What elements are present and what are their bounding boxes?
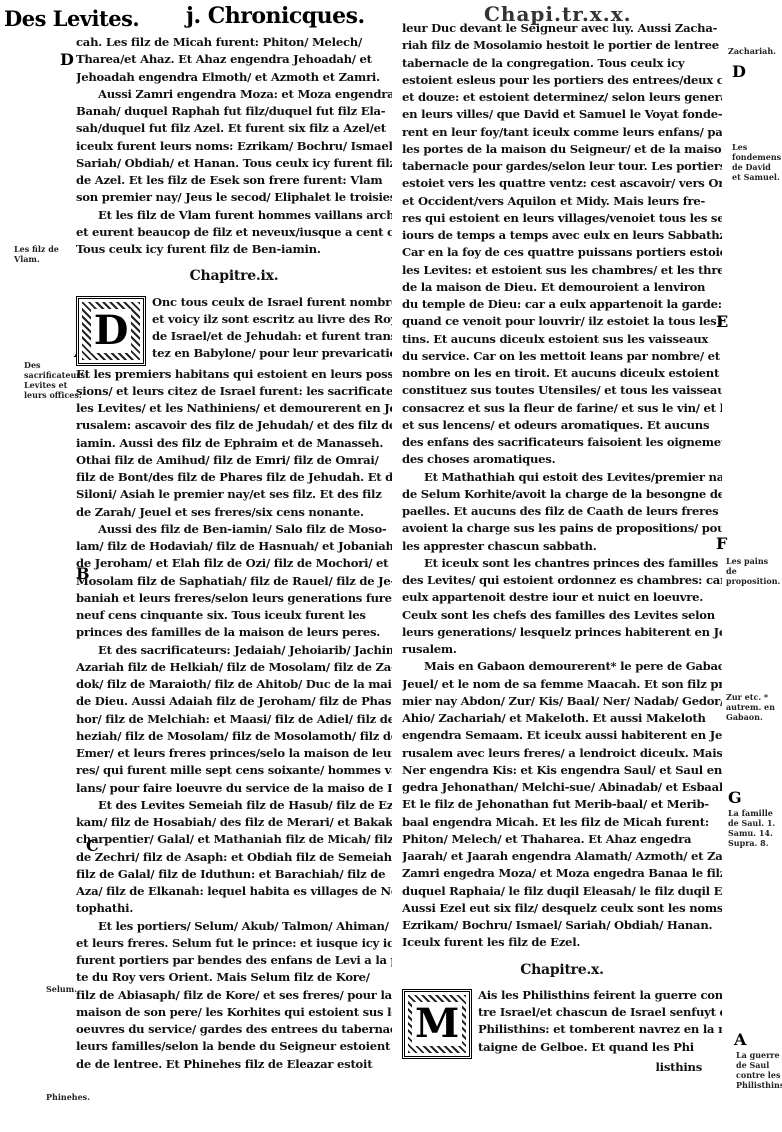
text-line: consacrez et sus la fleur de farine/ et … xyxy=(402,400,722,417)
text-line: Banah/ duquel Raphah fut filz/duquel fut… xyxy=(76,103,392,120)
text-line: des Levites/ qui estoient ordonnez es ch… xyxy=(402,572,722,589)
text-line: des choses aromatiques. xyxy=(402,451,722,468)
text-line: Tous ceulx icy furent filz de Ben-iamin. xyxy=(76,241,392,258)
text-line: baniah et leurs freres/selon leurs gener… xyxy=(76,590,392,607)
text-line: Et iceulx sont les chantres princes des … xyxy=(402,555,722,572)
chapter-opening-block: M Ais les Philisthins feirent la guerre … xyxy=(402,987,722,1059)
text-line: Onc tous ceulx de Israel furent nombrez: xyxy=(152,294,392,311)
text-line: de Azel. Et les filz de Esek son frere f… xyxy=(76,172,392,189)
text-line: les apprester chascun sabbath. xyxy=(402,538,722,555)
text-line: de Jeroham/ et Elah filz de Ozi/ filz de… xyxy=(76,555,392,572)
text-line: hor/ filz de Melchiah: et Maasi/ filz de… xyxy=(76,711,392,728)
text-line: Et des sacrificateurs: Jedaiah/ Jehoiari… xyxy=(76,642,392,659)
text-line: et leurs freres. Selum fut le prince: et… xyxy=(76,935,392,952)
right-text-column: leur Duc devant le Seigneur avec luy. Au… xyxy=(402,20,722,1076)
text-line: Azariah filz de Helkiah/ filz de Mosolam… xyxy=(76,659,392,676)
text-line: Et le filz de Jehonathan fut Merib-baal/… xyxy=(402,796,722,813)
text-line: les Levites: et estoient sus les chambre… xyxy=(402,262,722,279)
text-line: te du Roy vers Orient. Mais Selum filz d… xyxy=(76,969,392,986)
text-line: dok/ filz de Maraioth/ filz de Ahitob/ D… xyxy=(76,676,392,693)
text-line: Tharea/et Ahaz. Et Ahaz engendra Jehoada… xyxy=(76,51,392,68)
text-line: de la maison de Dieu. Et demouroient a l… xyxy=(402,279,722,296)
margin-note-filz-de-vlam: Les filz de Vlam. xyxy=(14,244,64,264)
text-line: et eurent beaucop de filz et neveux/iusq… xyxy=(76,224,392,241)
text-line: du temple de Dieu: car a eulx appartenoi… xyxy=(402,296,722,313)
text-line: iours de temps a temps avec eulx en leur… xyxy=(402,227,722,244)
text-line: Car en la foy de ces quattre puissans po… xyxy=(402,244,722,261)
text-line: res qui estoient en leurs villages/venoi… xyxy=(402,210,722,227)
chapter-heading-ix: Chapitre.ix. xyxy=(76,258,392,293)
margin-note-pains-proposition: Les pains de proposition. xyxy=(726,556,780,586)
text-line: Aussi Zamri engendra Moza: et Moza engen… xyxy=(76,86,392,103)
text-line: des enfans des sacrificateurs faisoient … xyxy=(402,434,722,451)
text-line: Et les filz de Vlam furent hommes vailla… xyxy=(76,207,392,224)
text-line: Mais en Gabaon demourerent* le pere de G… xyxy=(402,658,722,675)
text-line: Siloni/ Asiah le premier nay/et ses filz… xyxy=(76,486,392,503)
text-line: paelles. Et aucuns des filz de Caath de … xyxy=(402,503,722,520)
text-line: lam/ filz de Hodaviah/ filz de Hasnuah/ … xyxy=(76,538,392,555)
text-line: Ezrikam/ Bochru/ Ismael/ Sariah/ Obdiah/… xyxy=(402,917,722,934)
text-line: Ner engendra Kis: et Kis engendra Saul/ … xyxy=(402,762,722,779)
text-line: tophathi. xyxy=(76,900,392,917)
text-line: son premier nay/ Jeus le secod/ Eliphale… xyxy=(76,189,392,206)
margin-note-sacrificateurs: Des sacrificateurs: Levites et leurs off… xyxy=(24,360,84,400)
ornament-pattern-icon: D xyxy=(82,302,140,360)
text-line: gedra Jehonathan/ Melchi-sue/ Abinadab/ … xyxy=(402,779,722,796)
text-line: duquel Raphaia/ le filz duqil Eleasah/ l… xyxy=(402,883,722,900)
margin-letter-g: G xyxy=(728,788,742,807)
running-header-left: Des Levites. xyxy=(4,6,139,31)
text-line: rent en leur foy/tant iceulx comme leurs… xyxy=(402,124,722,141)
catchword: listhins xyxy=(402,1059,722,1076)
text-line: rusalem: ascavoir des filz de Jehudah/ e… xyxy=(76,417,392,434)
text-line: filz de Abiasaph/ filz de Kore/ et ses f… xyxy=(76,987,392,1004)
margin-note-zachariah: Zachariah. xyxy=(728,46,780,56)
text-line: quand ce venoit pour louvrir/ ilz estoie… xyxy=(402,313,722,330)
text-line: iceulx furent leurs noms: Ezrikam/ Bochr… xyxy=(76,138,392,155)
text-line: Ceulx sont les chefs des familles des Le… xyxy=(402,607,722,624)
margin-note-phinehes: Phinehes. xyxy=(46,1092,106,1102)
text-line: les Levites/ et les Nathiniens/ et demou… xyxy=(76,400,392,417)
text-line: rusalem. xyxy=(402,641,722,658)
text-line: de Selum Korhite/avoit la charge de la b… xyxy=(402,486,722,503)
decorated-initial-m: M xyxy=(402,989,472,1059)
text-line: res/ qui furent mille sept cens soixante… xyxy=(76,762,392,779)
text-line: Othai filz de Amihud/ filz de Emri/ filz… xyxy=(76,452,392,469)
text-line: et voicy ilz sont escritz au livre des R… xyxy=(152,311,392,328)
text-line: estoiet vers les quattre ventz: cest asc… xyxy=(402,175,722,192)
text-line: filz de Galal/ filz de Iduthun: et Barac… xyxy=(76,866,392,883)
text-line: furent portiers par bendes des enfans de… xyxy=(76,952,392,969)
text-line: Sariah/ Obdiah/ et Hanan. Tous ceulx icy… xyxy=(76,155,392,172)
text-line: charpentier/ Galal/ et Mathaniah filz de… xyxy=(76,831,392,848)
initial-letter: D xyxy=(91,309,131,353)
text-line: filz de Bont/des filz de Phares filz de … xyxy=(76,469,392,486)
margin-note-fondemens: Les fondemens de David et Samuel. xyxy=(732,142,780,182)
text-line: et sus lencens/ et odeurs aromatiques. E… xyxy=(402,417,722,434)
text-line: lans/ pour faire loeuvre du service de l… xyxy=(76,780,392,797)
text-line: princes des familles de la maison de leu… xyxy=(76,624,392,641)
text-line: Ais les Philisthins feirent la guerre co… xyxy=(478,987,722,1004)
text-line: Aza/ filz de Elkanah: lequel habita es v… xyxy=(76,883,392,900)
text-line: de Dieu. Aussi Adaiah filz de Jeroham/ f… xyxy=(76,693,392,710)
text-line: baal engendra Micah. Et les filz de Mica… xyxy=(402,814,722,831)
running-header-book-title: j. Chronicques. xyxy=(186,3,365,29)
chapter-heading-x: Chapitre.x. xyxy=(402,952,722,987)
text-line: Et Mathathiah qui estoit des Levites/pre… xyxy=(402,469,722,486)
text-line: avoient la charge sus les pains de propo… xyxy=(402,520,722,537)
text-line: de Zarah/ Jeuel et ses freres/six cens n… xyxy=(76,504,392,521)
text-line: les portes de la maison du Seigneur/ et … xyxy=(402,141,722,158)
text-line: Et les portiers/ Selum/ Akub/ Talmon/ Ah… xyxy=(76,918,392,935)
text-line: Philisthins: et tomberent navrez en la m… xyxy=(478,1021,722,1038)
text-line: Jeuel/ et le nom de sa femme Maacah. Et … xyxy=(402,676,722,693)
text-line: tez en Babylone/ pour leur prevarication… xyxy=(152,345,392,362)
margin-note-famille-saul: La famille de Saul. 1. Samu. 14. Supra. … xyxy=(728,808,780,848)
document-page: Des Levites. j. Chronicques. Chapi.tr.x.… xyxy=(0,0,782,1132)
margin-letter-a-right: A xyxy=(734,1030,746,1049)
text-line: taigne de Gelboe. Et quand les Phi xyxy=(478,1039,722,1056)
left-text-column: cah. Les filz de Micah furent: Phiton/ M… xyxy=(76,34,392,1073)
margin-letter-d-right: D xyxy=(732,62,746,81)
text-line: du service. Car on les mettoit leans par… xyxy=(402,348,722,365)
text-line: Emer/ et leurs freres princes/selo la ma… xyxy=(76,745,392,762)
margin-note-gabaon: Zur etc. * autrem. en Gabaon. xyxy=(726,692,780,722)
text-line: Et les premiers habitans qui estoient en… xyxy=(76,366,392,383)
text-line: oeuvres du service/ gardes des entrees d… xyxy=(76,1021,392,1038)
margin-letter-d: D xyxy=(60,50,74,69)
text-line: leur Duc devant le Seigneur avec luy. Au… xyxy=(402,20,722,37)
margin-note-guerre-saul: La guerre de Saul contre les Philisthins… xyxy=(736,1050,782,1090)
text-line: cah. Les filz de Micah furent: Phiton/ M… xyxy=(76,34,392,51)
text-line: sah/duquel fut filz Azel. Et furent six … xyxy=(76,120,392,137)
initial-letter: M xyxy=(412,1002,462,1046)
text-line: eulx appartenoit destre iour et nuict en… xyxy=(402,589,722,606)
text-line: riah filz de Mosolamio hestoit le portie… xyxy=(402,37,722,54)
text-line: et Occident/vers Aquilon et Midy. Mais l… xyxy=(402,193,722,210)
text-line: mier nay Abdon/ Zur/ Kis/ Baal/ Ner/ Nad… xyxy=(402,693,722,710)
text-line: Mosolam filz de Saphatiah/ filz de Rauel… xyxy=(76,573,392,590)
ornament-pattern-icon: M xyxy=(408,995,466,1053)
text-line: nombre on les en tiroit. Et aucuns diceu… xyxy=(402,365,722,382)
text-line: de Israel/et de Jehudah: et furent trans… xyxy=(152,328,392,345)
text-line: leurs familles/selon la bende du Seigneu… xyxy=(76,1038,392,1055)
text-line: kam/ filz de Hosabiah/ des filz de Merar… xyxy=(76,814,392,831)
text-line: estoient esleus pour les portiers des en… xyxy=(402,72,722,89)
text-line: Jehoadah engendra Elmoth/ et Azmoth et Z… xyxy=(76,69,392,86)
text-line: leurs generations/ lesquelz princes habi… xyxy=(402,624,722,641)
text-line: Ahio/ Zachariah/ et Makeloth. Et aussi M… xyxy=(402,710,722,727)
text-line: Zamri engedra Moza/ et Moza engedra Bana… xyxy=(402,865,722,882)
text-line: constituez sus toutes Utensiles/ et tous… xyxy=(402,382,722,399)
text-line: neuf cens cinquante six. Tous iceulx fur… xyxy=(76,607,392,624)
text-line: heziah/ filz de Mosolam/ filz de Mosolam… xyxy=(76,728,392,745)
text-line: tabernacle pour gardes/selon leur tour. … xyxy=(402,158,722,175)
text-line: Iceulx furent les filz de Ezel. xyxy=(402,934,722,951)
text-line: Aussi Ezel eut six filz/ desquelz ceulx … xyxy=(402,900,722,917)
text-line: engendra Semaam. Et iceulx aussi habiter… xyxy=(402,727,722,744)
text-line: Jaarah/ et Jaarah engendra Alamath/ Azmo… xyxy=(402,848,722,865)
text-line: tabernacle de la congregation. Tous ceul… xyxy=(402,55,722,72)
text-line: en leurs villes/ que David et Samuel le … xyxy=(402,106,722,123)
text-line: Phiton/ Melech/ et Thaharea. Et Ahaz eng… xyxy=(402,831,722,848)
text-line: maison de son pere/ les Korhites qui est… xyxy=(76,1004,392,1021)
text-line: Et des Levites Semeiah filz de Hasub/ fi… xyxy=(76,797,392,814)
text-line: tre Israel/et chascun de Israel senfuyt … xyxy=(478,1004,722,1021)
text-line: et douze: et estoient determinez/ selon … xyxy=(402,89,722,106)
text-line: Aussi des filz de Ben-iamin/ Salo filz d… xyxy=(76,521,392,538)
text-line: sions/ et leurs citez de Israel furent: … xyxy=(76,383,392,400)
text-line: rusalem avec leurs freres/ a lendroict d… xyxy=(402,745,722,762)
decorated-initial-d: D xyxy=(76,296,146,366)
text-line: tins. Et aucuns diceulx estoient sus les… xyxy=(402,331,722,348)
chapter-opening-block: D Onc tous ceulx de Israel furent nombre… xyxy=(76,294,392,366)
text-line: de de lentree. Et Phinehes filz de Eleaz… xyxy=(76,1056,392,1073)
text-line: de Zechri/ filz de Asaph: et Obdiah filz… xyxy=(76,849,392,866)
text-line: iamin. Aussi des filz de Ephraim et de M… xyxy=(76,435,392,452)
